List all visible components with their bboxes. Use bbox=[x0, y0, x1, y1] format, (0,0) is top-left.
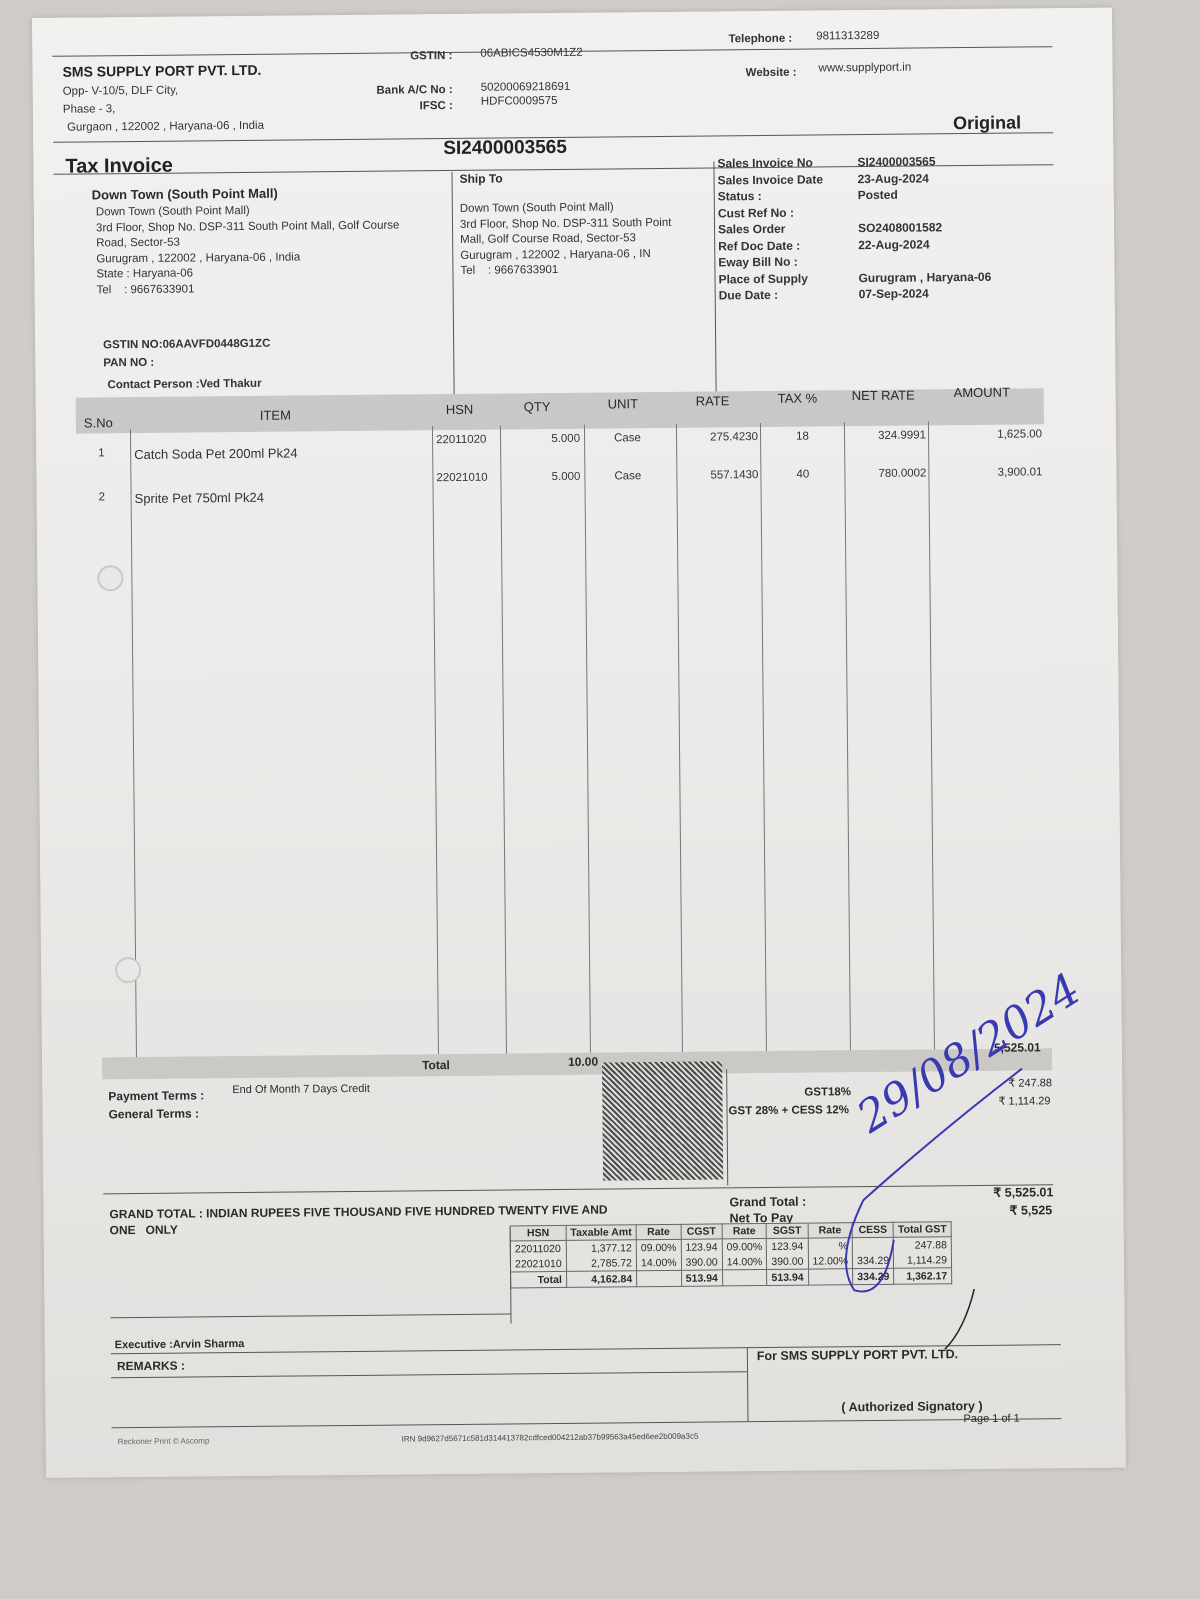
item-cell: Case bbox=[614, 470, 641, 482]
col-sno: S.No bbox=[84, 415, 113, 430]
items-body: 1Catch Soda Pet 200ml Pk24220110205.000C… bbox=[32, 8, 1112, 18]
item-cell: Case bbox=[614, 432, 641, 444]
meta-label: Sales Order bbox=[718, 221, 786, 238]
bank-label: Bank A/C No : bbox=[333, 84, 453, 97]
document-title: Tax Invoice bbox=[65, 155, 173, 179]
meta-label: Cust Ref No : bbox=[718, 204, 794, 221]
company-address-1: Opp- V-10/5, DLF City, bbox=[63, 85, 179, 98]
grand-total-label: Grand Total : bbox=[729, 1195, 806, 1210]
meta-value: 07-Sep-2024 bbox=[859, 285, 929, 302]
item-cell: 5.000 bbox=[506, 433, 580, 446]
ship-to-line: Tel : 9667633901 bbox=[460, 262, 672, 280]
meta-value: Gurugram , Haryana-06 bbox=[858, 268, 991, 286]
gst-cell: 123.94 bbox=[767, 1238, 808, 1254]
general-terms-label: General Terms : bbox=[108, 1106, 199, 1121]
gst-cell: 513.94 bbox=[681, 1270, 722, 1286]
copy-type: Original bbox=[953, 113, 1021, 135]
punch-hole bbox=[115, 957, 141, 983]
gst-cell: 09.00% bbox=[722, 1239, 767, 1255]
meta-label: Sales Invoice No bbox=[717, 155, 813, 172]
meta-label: Status : bbox=[718, 188, 762, 205]
gst-header: HSN bbox=[510, 1225, 566, 1241]
gst-cell bbox=[722, 1270, 767, 1286]
gstin-label: GSTIN : bbox=[362, 50, 452, 63]
item-cell: 780.0002 bbox=[848, 467, 926, 480]
gst-cell: 390.00 bbox=[681, 1254, 722, 1270]
ship-to-line: Gurugram , 122002 , Haryana-06 , IN bbox=[460, 246, 672, 264]
gst-header: SGST bbox=[766, 1223, 807, 1238]
item-cell: 22011020 bbox=[436, 434, 486, 446]
website-label: Website : bbox=[693, 67, 797, 80]
meta-label: Sales Invoice Date bbox=[718, 171, 824, 189]
col-amount: AMOUNT bbox=[954, 385, 1010, 401]
punch-hole bbox=[97, 565, 123, 591]
gst-header: Taxable Amt bbox=[566, 1225, 636, 1241]
invoice-number: SI2400003565 bbox=[443, 137, 567, 160]
total-label: Total bbox=[422, 1058, 450, 1072]
gst-cell: 22011020 bbox=[510, 1240, 566, 1256]
payment-terms-label: Payment Terms : bbox=[108, 1088, 204, 1103]
bill-to-line: 3rd Floor, Shop No. DSP-311 South Point … bbox=[96, 218, 400, 236]
invoice-page: SMS SUPPLY PORT PVT. LTD. Opp- V-10/5, D… bbox=[32, 8, 1126, 1478]
telephone-label: Telephone : bbox=[692, 33, 792, 46]
bill-to-line: Tel : 9667633901 bbox=[97, 280, 401, 298]
bank-account: 50200069218691 bbox=[481, 81, 571, 94]
item-cell: 5.000 bbox=[506, 471, 580, 484]
gst-header: CGST bbox=[681, 1224, 722, 1239]
irn: IRN 9d9627d5671c581d314413782cdfced00421… bbox=[402, 1432, 699, 1444]
company-telephone: 9811313289 bbox=[816, 30, 879, 43]
gst-cell: 390.00 bbox=[767, 1254, 808, 1270]
item-cell: 275.4230 bbox=[680, 431, 758, 444]
gst-cell: 2,785.72 bbox=[566, 1255, 636, 1271]
col-tax: TAX % bbox=[778, 390, 818, 405]
bill-to-heading: Down Town (South Point Mall) bbox=[92, 186, 278, 203]
item-cell: 22021010 bbox=[436, 472, 487, 484]
meta-label: Eway Bill No : bbox=[718, 254, 798, 271]
item-cell: 1 bbox=[98, 447, 105, 459]
col-netrate: NET RATE bbox=[852, 388, 915, 404]
meta-value: SI2400003565 bbox=[857, 153, 935, 170]
signature-stroke bbox=[822, 1058, 1065, 1360]
company-address-3: Gurgaon , 122002 , Haryana-06 , India bbox=[67, 120, 264, 134]
gst-cell: 4,162.84 bbox=[566, 1271, 636, 1288]
ifsc-code: HDFC0009575 bbox=[481, 95, 558, 108]
meta-value: Posted bbox=[858, 187, 898, 204]
remarks-label: REMARKS : bbox=[117, 1359, 185, 1374]
gst-header: Rate bbox=[636, 1224, 681, 1239]
item-cell: 557.1430 bbox=[680, 469, 758, 482]
item-cell: Sprite Pet 750ml Pk24 bbox=[135, 490, 264, 506]
gst-cell: 22021010 bbox=[510, 1256, 566, 1272]
amount-in-words-2: ONE ONLY bbox=[110, 1223, 178, 1238]
gst-cell bbox=[637, 1270, 682, 1286]
col-item: ITEM bbox=[260, 408, 291, 423]
gst-cell: 513.94 bbox=[767, 1269, 808, 1285]
ship-to-heading: Ship To bbox=[459, 171, 502, 185]
col-hsn: HSN bbox=[446, 402, 474, 417]
item-cell: 3,900.01 bbox=[932, 466, 1042, 479]
col-unit: UNIT bbox=[608, 396, 638, 411]
meta-row: Sales Invoice NoSI2400003565 bbox=[717, 152, 1037, 155]
page-number: Page 1 of 1 bbox=[963, 1413, 1019, 1426]
bill-to-gstin: GSTIN NO:06AAVFD0448G1ZC bbox=[103, 338, 270, 352]
contact-person: Contact Person :Ved Thakur bbox=[107, 378, 261, 391]
gst-cell: 09.00% bbox=[636, 1239, 681, 1255]
item-cell: 40 bbox=[796, 469, 809, 481]
meta-value: 23-Aug-2024 bbox=[858, 170, 930, 187]
meta-value: SO2408001582 bbox=[858, 219, 942, 236]
bill-to-pan: PAN NO : bbox=[103, 357, 154, 369]
gst-cell: 1,377.12 bbox=[566, 1240, 636, 1256]
amount-in-words: GRAND TOTAL : INDIAN RUPEES FIVE THOUSAN… bbox=[109, 1203, 607, 1222]
ship-to-address: Down Town (South Point Mall) 3rd Floor, … bbox=[460, 200, 672, 280]
item-cell: 2 bbox=[99, 491, 106, 503]
col-qty: QTY bbox=[524, 399, 551, 414]
item-cell: 18 bbox=[796, 431, 809, 443]
meta-label: Ref Doc Date : bbox=[718, 237, 800, 254]
executive: Executive :Arvin Sharma bbox=[115, 1338, 245, 1351]
gst-cell: 123.94 bbox=[681, 1239, 722, 1255]
bill-to-address: Down Town (South Point Mall) 3rd Floor, … bbox=[96, 202, 400, 298]
company-website[interactable]: www.supplyport.in bbox=[818, 62, 911, 75]
col-rate: RATE bbox=[696, 393, 730, 408]
gst-cell: 14.00% bbox=[722, 1254, 767, 1270]
company-gstin: 06ABICS4530M1Z2 bbox=[480, 47, 582, 60]
software-credit: Reckoner Print © Ascomp bbox=[118, 1436, 210, 1446]
company-name: SMS SUPPLY PORT PVT. LTD. bbox=[62, 62, 261, 80]
gst-cell: Total bbox=[511, 1271, 567, 1288]
gst-header: Rate bbox=[722, 1224, 767, 1239]
ship-to-line: 3rd Floor, Shop No. DSP-311 South Point bbox=[460, 215, 672, 233]
company-address-2: Phase - 3, bbox=[63, 103, 116, 116]
item-cell: 1,625.00 bbox=[932, 428, 1042, 441]
meta-label: Due Date : bbox=[719, 287, 778, 304]
meta-label: Place of Supply bbox=[718, 270, 808, 287]
payment-terms-value: End Of Month 7 Days Credit bbox=[232, 1083, 370, 1096]
authorized-signatory: ( Authorized Signatory ) bbox=[841, 1399, 982, 1414]
meta-value: 22-Aug-2024 bbox=[858, 236, 930, 253]
total-qty: 10.00 bbox=[568, 1055, 598, 1069]
qr-code bbox=[602, 1061, 723, 1180]
item-cell: Catch Soda Pet 200ml Pk24 bbox=[134, 445, 297, 462]
item-cell: 324.9991 bbox=[848, 429, 926, 442]
ifsc-label: IFSC : bbox=[363, 100, 453, 113]
gst-cell: 14.00% bbox=[636, 1255, 681, 1271]
